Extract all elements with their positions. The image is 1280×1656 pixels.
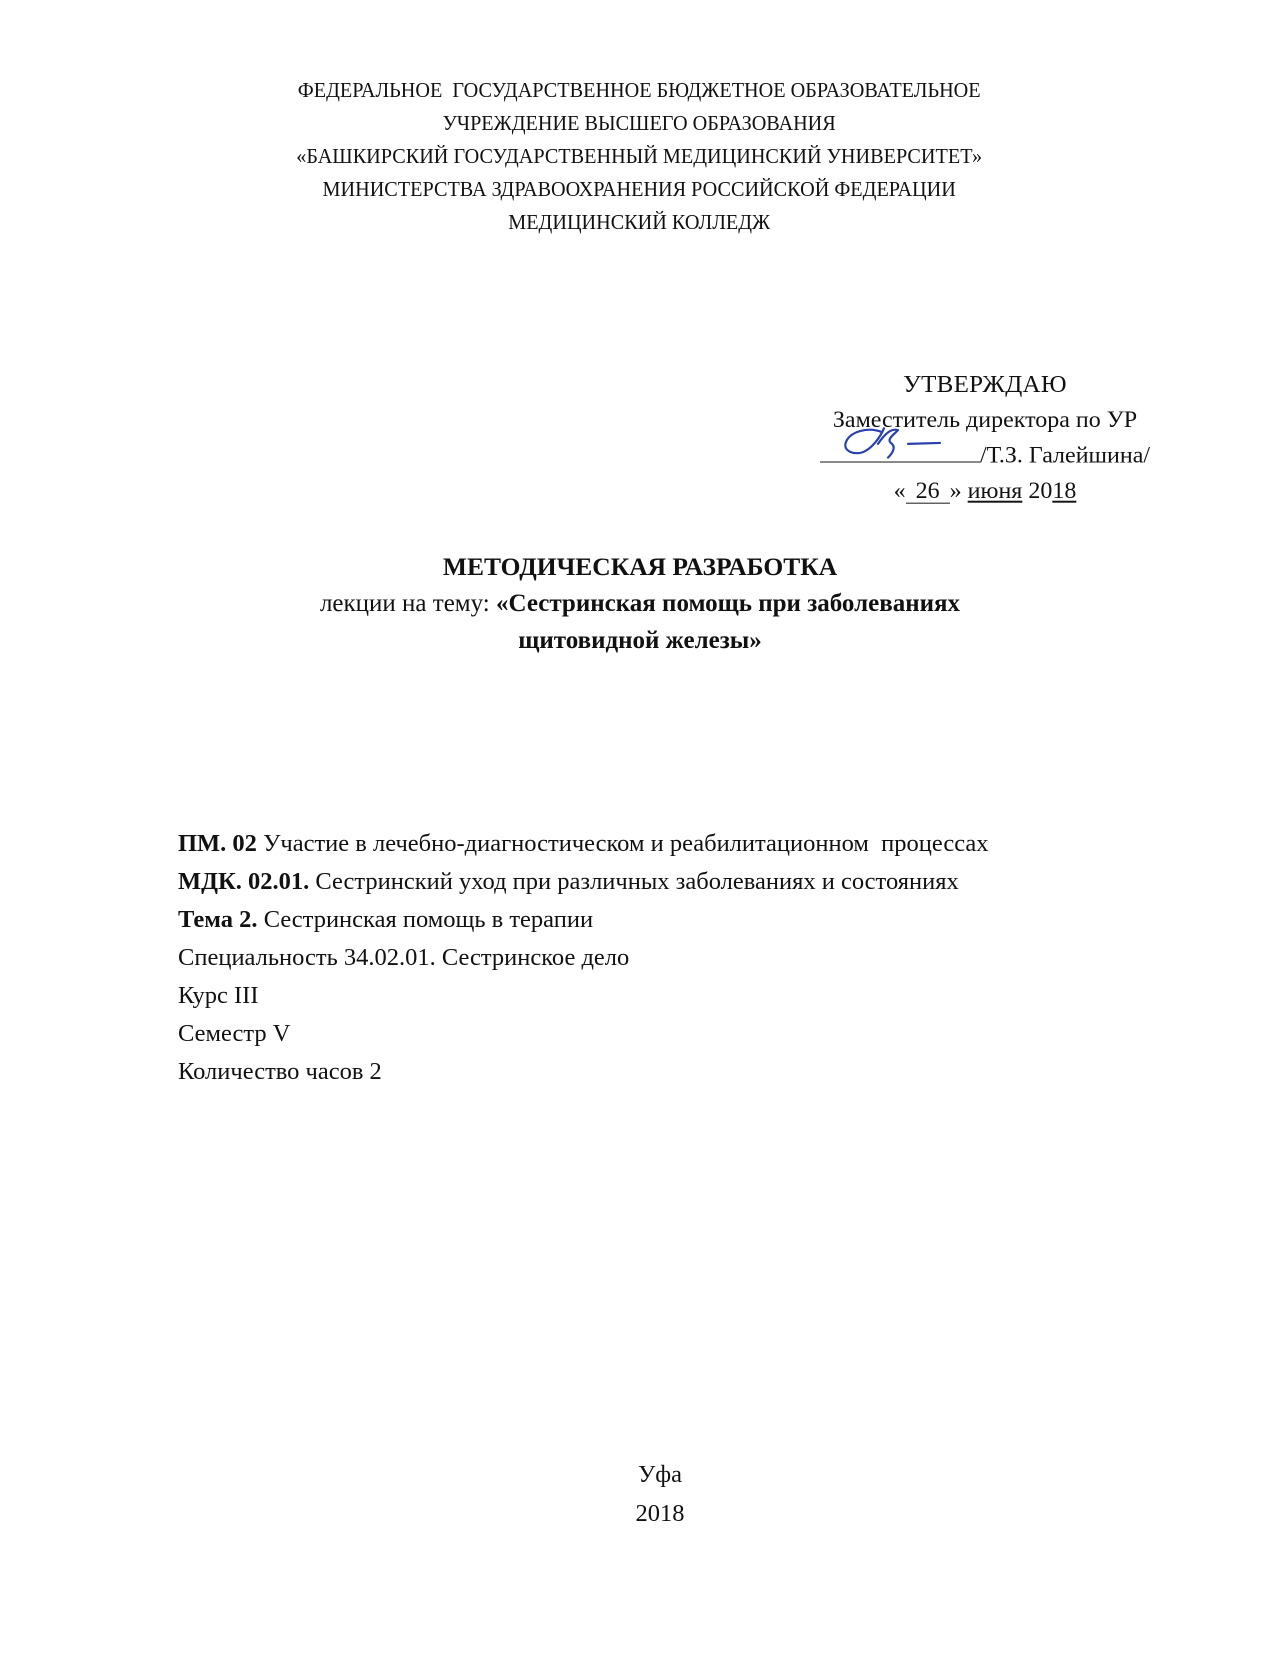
header-line-4: МИНИСТЕРСТВА ЗДРАВООХРАНЕНИЯ РОССИЙСКОЙ …: [0, 173, 1278, 206]
interdisciplinary-course: МДК. 02.01. Сестринский уход при различн…: [178, 863, 989, 901]
header-line-2: УЧРЕЖДЕНИЕ ВЫСШЕГО ОБРАЗОВАНИЯ: [0, 107, 1278, 140]
signer-name: /Т.З. Галейшина/: [980, 443, 1150, 468]
professional-module: ПМ. 02 Участие в лечебно-диагностическом…: [178, 825, 989, 863]
date-close-quote: »: [950, 478, 962, 503]
pm-text: Участие в лечебно-диагностическом и реаб…: [257, 830, 989, 857]
date-year-suffix: 18: [1052, 478, 1076, 503]
date-day: 26: [906, 479, 950, 504]
hours-count: Количество часов 2: [178, 1053, 989, 1091]
course-year: Курс III: [178, 977, 989, 1015]
theme: Тема 2. Сестринская помощь в терапии: [178, 901, 989, 939]
theme-text: Сестринская помощь в терапии: [258, 906, 594, 933]
course-info-block: ПМ. 02 Участие в лечебно-диагностическом…: [178, 825, 989, 1091]
institution-header: ФЕДЕРАЛЬНОЕ ГОСУДАРСТВЕННОЕ БЮДЖЕТНОЕ ОБ…: [0, 74, 1278, 239]
signature-row: /Т.З. Галейшина/: [800, 438, 1170, 473]
date-open-quote: «: [894, 478, 906, 503]
theme-label: Тема 2.: [178, 906, 258, 933]
lecture-topic-part-1: «Сестринская помощь при заболеваниях: [496, 590, 960, 617]
document-footer: Уфа 2018: [0, 1455, 1280, 1533]
signature-line: [820, 438, 980, 463]
approval-heading: УТВЕРЖДАЮ: [800, 367, 1170, 402]
document-title-block: МЕТОДИЧЕСКАЯ РАЗРАБОТКА лекции на тему: …: [0, 548, 1280, 659]
lecture-topic-part-2: щитовидной железы»: [0, 622, 1280, 659]
date-year-prefix: 20: [1028, 478, 1052, 503]
lecture-topic-prefix: лекции на тему:: [320, 590, 496, 617]
handwritten-signature-icon: [842, 422, 962, 461]
mdk-label: МДК. 02.01.: [178, 868, 309, 895]
date-month: июня: [968, 478, 1023, 503]
mdk-text: Сестринский уход при различных заболеван…: [309, 868, 959, 895]
lecture-topic-line: лекции на тему: «Сестринская помощь при …: [0, 585, 1280, 622]
specialty: Специальность 34.02.01. Сестринское дело: [178, 939, 989, 977]
header-line-1: ФЕДЕРАЛЬНОЕ ГОСУДАРСТВЕННОЕ БЮДЖЕТНОЕ ОБ…: [0, 74, 1278, 107]
semester: Семестр V: [178, 1015, 989, 1053]
pm-label: ПМ. 02: [178, 830, 257, 857]
year: 2018: [0, 1494, 1280, 1533]
document-title: МЕТОДИЧЕСКАЯ РАЗРАБОТКА: [0, 548, 1280, 585]
city: Уфа: [0, 1455, 1280, 1494]
header-line-3: «БАШКИРСКИЙ ГОСУДАРСТВЕННЫЙ МЕДИЦИНСКИЙ …: [0, 140, 1278, 173]
approval-date: «26» июня 2018: [800, 473, 1170, 508]
approval-block: УТВЕРЖДАЮ Заместитель директора по УР /Т…: [800, 367, 1170, 508]
header-line-5: МЕДИЦИНСКИЙ КОЛЛЕДЖ: [0, 206, 1278, 239]
